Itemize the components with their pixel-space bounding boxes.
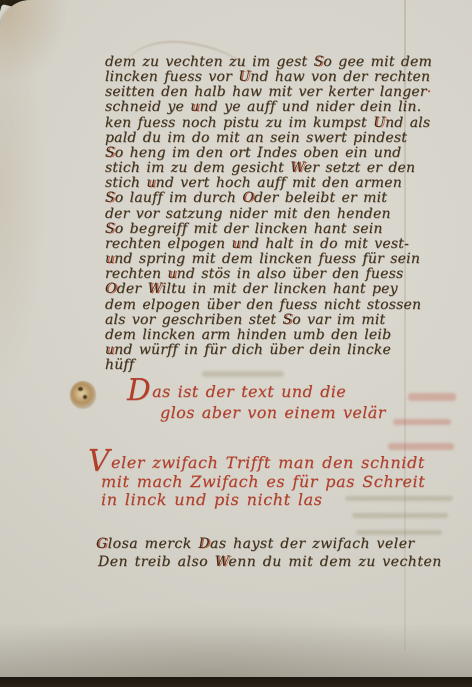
text-line: schneid ye und ye auff und nider dein li… [105,100,432,115]
black-ink-text: nd stös in also über den fuess [177,266,404,282]
black-ink-text: losa merck [108,536,199,552]
text-line: dem elpogen über den fuess nicht stossen [105,298,432,313]
text-line: stich im zu dem gesicht Wer setzt er den [105,161,432,176]
rubricated-capital: S [105,145,115,161]
rubricated-capital: u [167,266,176,282]
flourished-initial: D [127,373,151,407]
manuscript-photo: dem zu vechten zu im gest So gee mit dem… [0,0,472,687]
rubricated-capital: G [96,536,108,552]
text-line: lincken fuess vor Und haw von der rechte… [105,70,432,85]
text-line: und würff in für dich über dein lincke [105,343,432,358]
black-ink-text: Den treib also [98,554,215,570]
gloss-paragraph: dem zu vechten zu im gest So gee mit dem… [105,55,432,373]
bleed-through-mark [388,443,454,450]
text-line: So begreiff mit der lincken hant sein [105,222,432,237]
text-line: hüff [105,358,432,373]
rubricated-capital: S [282,312,292,328]
text-line: Veler zwifach Trifft man den schnidt [88,454,425,473]
black-ink-text: iltu in mit der lincken hant pey [162,281,398,297]
text-line: seitten den halb haw mit ver kerter lang… [105,85,432,100]
text-line: Glosa merck Das hayst der zwifach veler [96,536,442,554]
black-ink-text: stich im zu dem gesicht [105,160,290,176]
black-ink-text: nd spring mit dem lincken fuess für sein [114,251,420,267]
rubricated-capital: D [198,536,210,552]
text-line: der vor satzung nider mit den henden [105,207,432,222]
verse-couplet: Veler zwifach Trifft man den schnidtmit … [88,454,425,510]
text-line: rechten elpogen und halt in do mit vest- [105,237,432,252]
text-line: rechten und stös in also über den fuess [105,267,432,282]
rubricated-capital: U [238,69,250,85]
text-line: Den treib also Wenn du mit dem zu vechte… [98,554,442,572]
text-line: stich und vert hoch auff mit den armen [105,176,432,191]
red-ink-text: mit mach Zwifach es für pas Schreit [101,472,425,491]
rubricated-capital: S [314,54,324,70]
black-ink-text: seitten den halb haw mit ver kerter lang… [105,84,427,100]
red-ink-text: eler zwifach Trifft man den schnidt [111,453,425,472]
black-ink-text: der beleibt er mit [254,190,387,206]
black-ink-text: nd halt in do mit vest- [241,236,409,252]
black-ink-text: schneid ye [105,99,190,115]
black-ink-text: lincken fuess vor [105,69,238,85]
bottom-edge [0,677,472,687]
text-line: dem lincken arm hinden umb den leib [105,328,432,343]
text-line: dem zu vechten zu im gest So gee mit dem [105,55,432,70]
text-line: und spring mit dem lincken fuess für sei… [105,252,432,267]
red-ink-text: in linck und pis nicht las [101,490,323,509]
rubricated-capital: u [105,342,114,358]
rubricated-capital: W [147,281,161,297]
rubricated-capital: O [105,281,117,297]
bleed-through-mark [408,393,456,401]
rubricated-capital: S [105,221,115,237]
black-ink-text: dem lincken arm hinden umb den leib [105,327,391,343]
black-ink-text: as hayst der zwifach veler [210,536,415,552]
rubricated-capital: u [231,236,240,252]
black-ink-text: dem zu vechten zu im gest [105,54,314,70]
text-line: pald du im do mit an sein swert pindest [105,131,432,146]
ink-stain [70,381,96,409]
black-ink-text: o begreiff mit der lincken hant sein [115,221,383,237]
black-ink-text: nd haw von der rechten [250,69,430,85]
rubricated-capital: S [105,190,115,206]
black-ink-text: nd ye auff und nider dein lin. [200,99,422,115]
text-line: glos aber von einem velär [160,402,386,423]
black-ink-text: o lauff im durch [115,190,243,206]
bleed-through-mark [352,513,448,518]
black-ink-text: dem elpogen über den fuess nicht stossen [105,297,421,313]
black-ink-text: nd würff in für dich über dein lincke [114,342,391,358]
text-line: So heng im den ort Indes oben ein und [105,146,432,161]
black-ink-text: der vor satzung nider mit den henden [105,206,391,222]
text-line: mit mach Zwifach es für pas Schreit [101,473,425,492]
black-ink-text: nd als [385,115,430,131]
black-ink-text: als vor geschriben stet [105,312,282,328]
red-ink-text: as ist der text und die [152,382,346,401]
black-ink-text: rechten elpogen [105,236,231,252]
black-ink-text: rechten [105,266,167,282]
red-ink-text: glos aber von einem velär [160,403,386,422]
black-ink-text: o var im mit [292,312,385,328]
text-line: So lauff im durch Oder beleibt er mit [105,191,432,206]
black-ink-text: o heng im den ort Indes oben ein und [115,145,402,161]
glosa-paragraph: Glosa merck Das hayst der zwifach velerD… [96,536,442,571]
rubric-heading: Das ist der text und dieglos aber von ei… [127,381,386,423]
black-ink-text: hüff [105,357,134,373]
stain-speck [78,387,83,391]
text-line: in linck und pis nicht las [101,491,425,510]
bleed-through-mark [356,530,442,535]
black-ink-text: ken fuess noch pistu zu im kumpst [105,115,373,131]
rubricated-capital: u [105,251,114,267]
rubricated-capital: u [146,175,155,191]
text-line: als vor geschriben stet So var im mit [105,313,432,328]
black-ink-text: o gee mit dem [323,54,432,70]
rubricated-capital: O [242,190,254,206]
text-line: Oder Wiltu in mit der lincken hant pey [105,282,432,297]
rubricated-capital: W [290,160,303,176]
stain-speck [83,395,87,399]
rubricated-capital: U [373,115,385,131]
black-ink-text: stich [105,175,146,191]
bleed-through-mark [393,419,451,425]
text-line: Das ist der text und die [127,381,386,402]
black-ink-text: enn du mit dem zu vechten [228,554,441,570]
black-ink-text: pald du im do mit an sein swert pindest [105,130,407,146]
black-ink-text: nd vert hoch auff mit den armen [156,175,402,191]
red-ink-text: · [427,84,432,100]
rubricated-capital: W [215,554,229,570]
black-ink-text: er setzt er den [304,160,415,176]
rubricated-capital: u [190,99,199,115]
manuscript-page: dem zu vechten zu im gest So gee mit dem… [0,0,472,677]
black-ink-text: der [117,281,148,297]
text-line: ken fuess noch pistu zu im kumpst Und al… [105,116,432,131]
